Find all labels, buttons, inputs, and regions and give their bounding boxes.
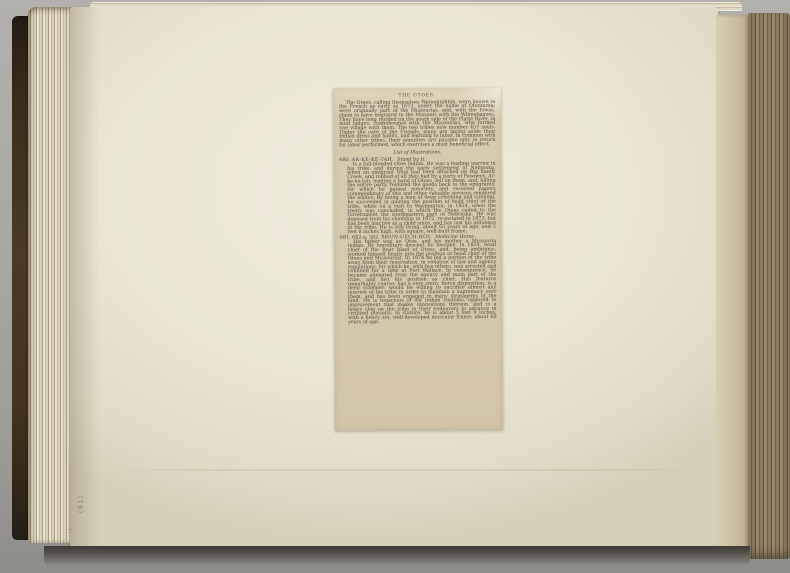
entry-description: His father was an Otoe, and his mother a… xyxy=(348,239,497,325)
pencil-annotation-secondary: 11 xyxy=(68,528,74,534)
open-album-book: THE OTOES. The Otoes, calling themselves… xyxy=(0,0,790,573)
list-of-illustrations-title: List of Illustrations. xyxy=(339,151,495,156)
pasted-printed-clipping: THE OTOES. The Otoes, calling themselves… xyxy=(333,87,503,430)
gutter-shadow xyxy=(70,7,100,547)
book-shadow xyxy=(44,546,750,566)
right-fore-edge xyxy=(716,15,748,552)
entry-description: Is a full-blooded Otoe Indian. He was a … xyxy=(347,162,496,235)
right-page-edges xyxy=(748,13,790,559)
intro-paragraph: The Otoes, calling themselves Watoohtaht… xyxy=(339,100,495,148)
pencil-annotation: (91) xyxy=(77,495,85,513)
page-crease xyxy=(110,469,710,471)
entry-number: 680. xyxy=(339,157,350,163)
left-page-edges xyxy=(28,7,74,543)
clipping-text-block: THE OTOES. The Otoes, calling themselves… xyxy=(339,93,497,325)
running-header: THE OTOES. xyxy=(339,93,495,98)
